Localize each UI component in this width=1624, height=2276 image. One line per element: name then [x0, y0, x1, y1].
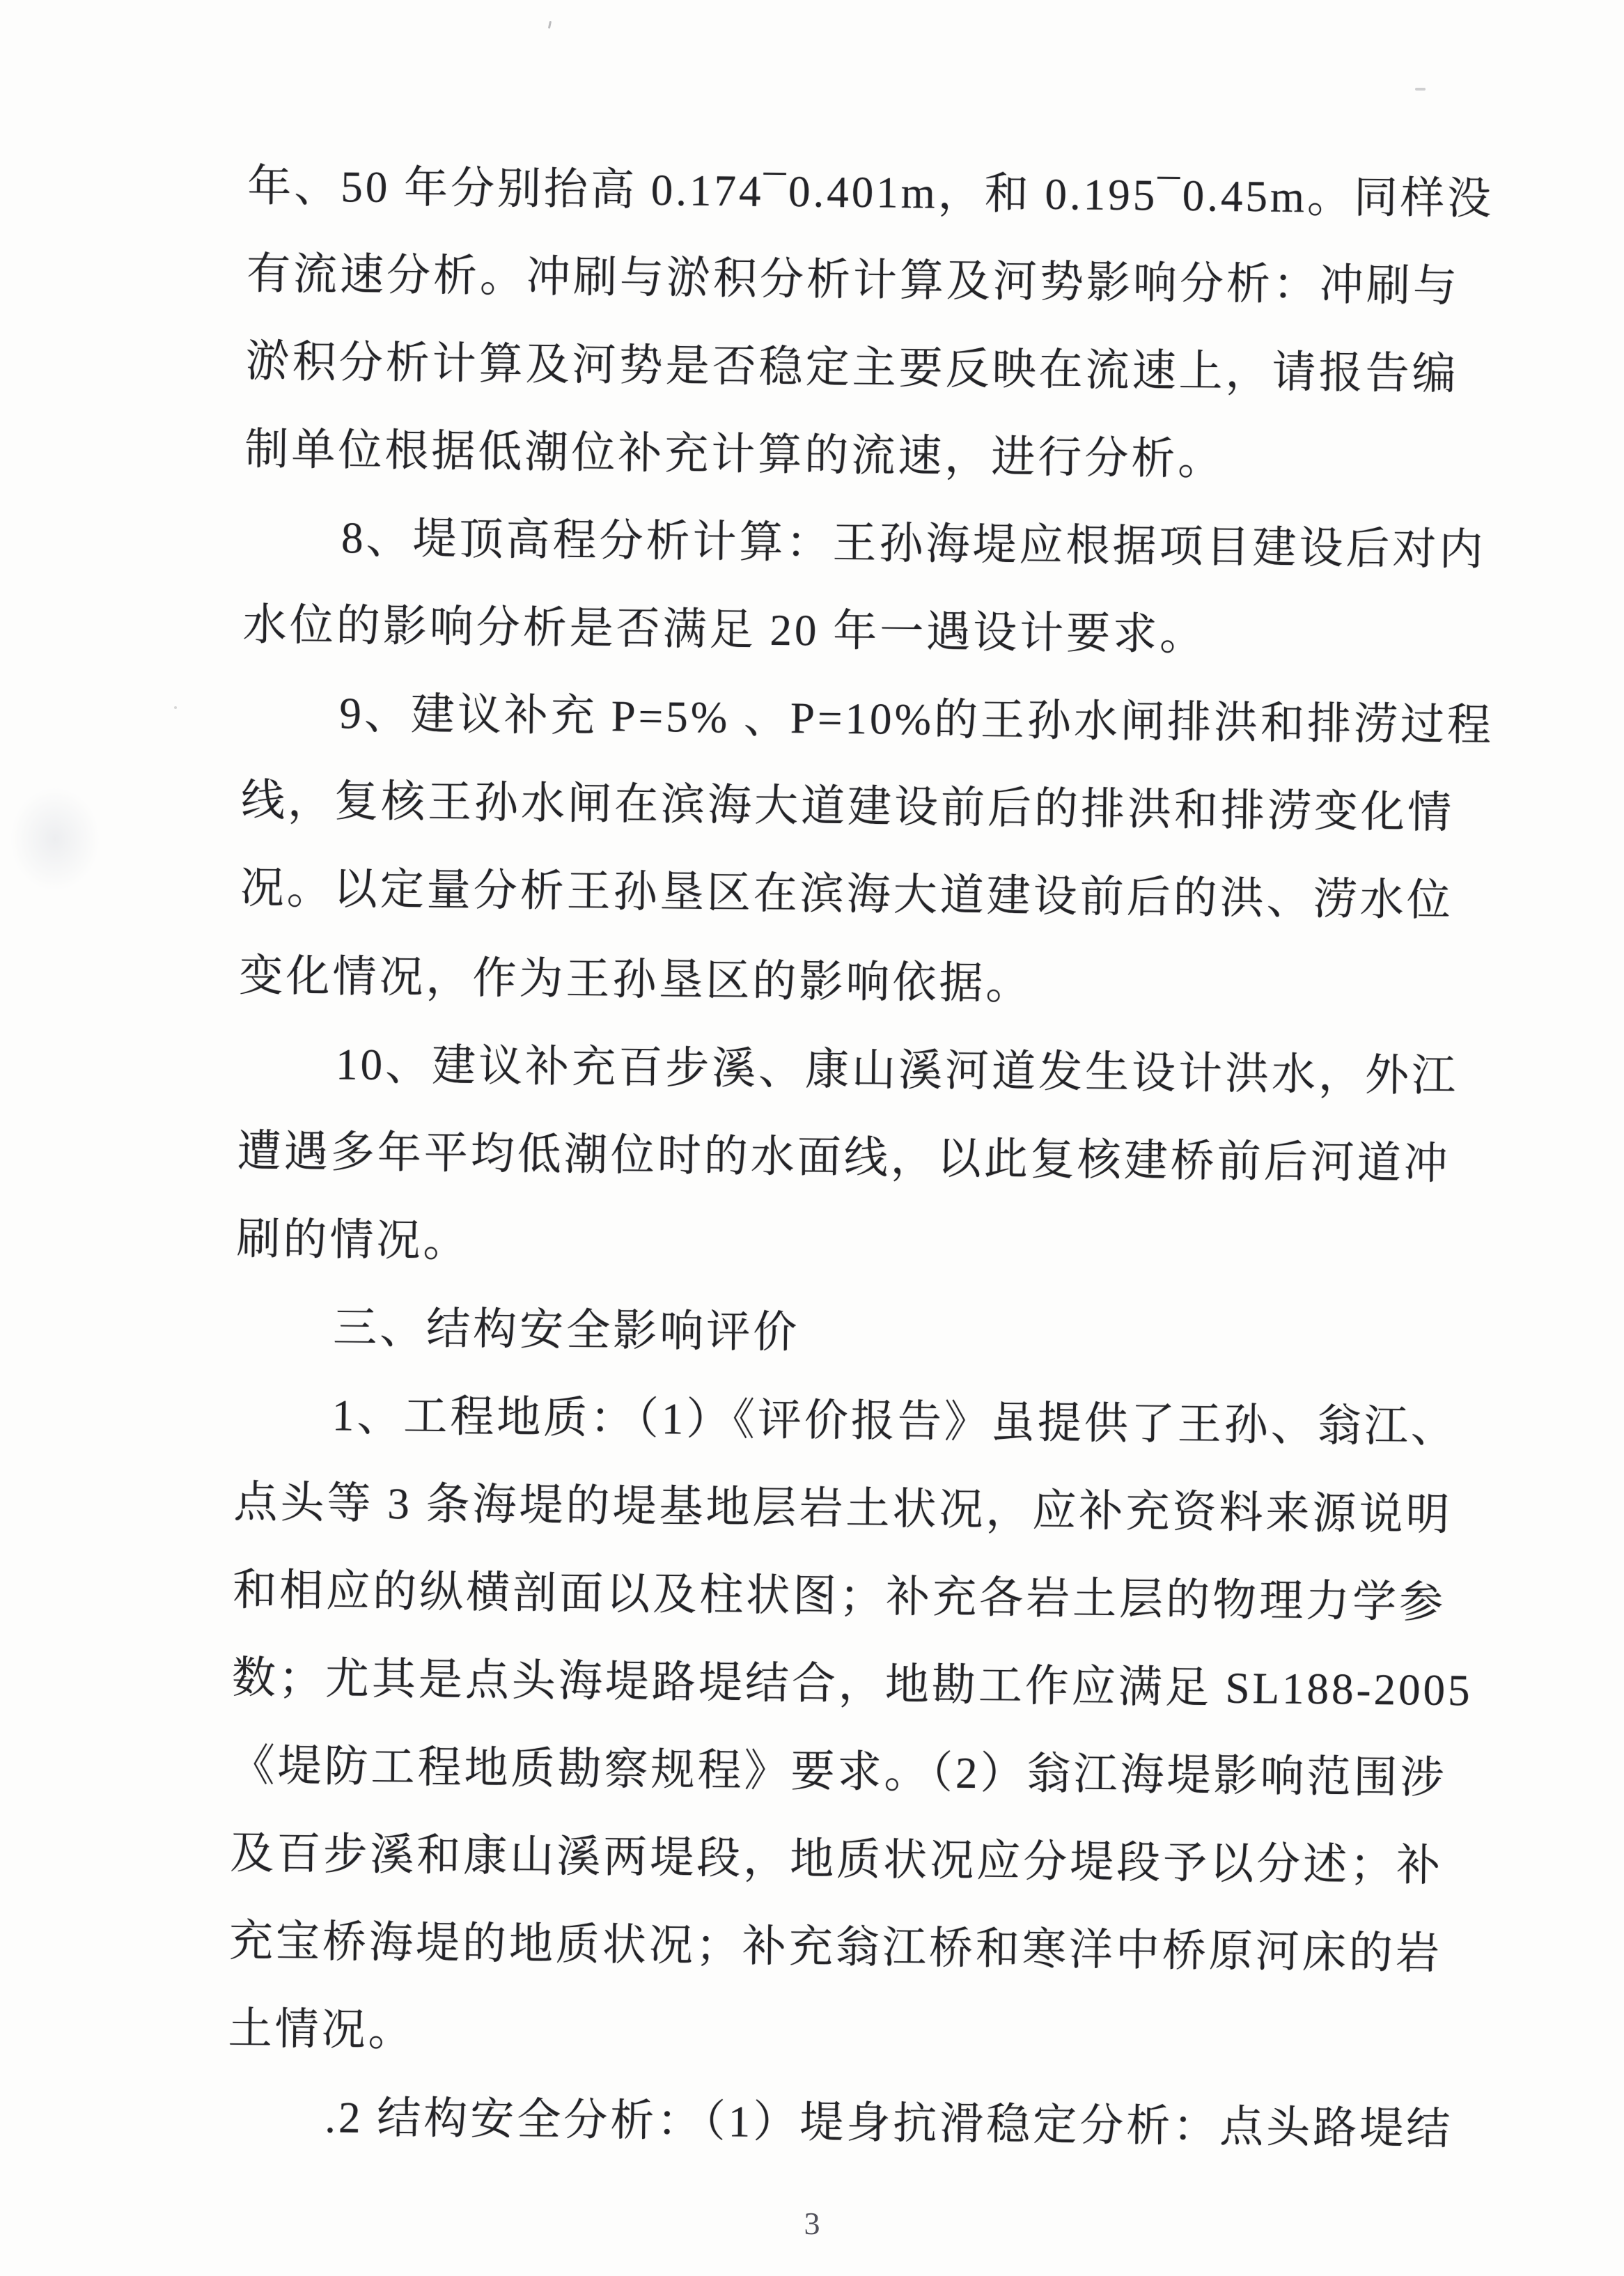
page-number: 3	[0, 2199, 1624, 2248]
text-line: 遭遇多年平均低潮位时的水面线，以此复核建桥前后河道冲	[237, 1107, 1458, 1208]
text-line: 水位的影响分析是否满足 20 年一遇设计要求。	[242, 581, 1463, 681]
text-line: 8、堤顶高程分析计算：王孙海堤应根据项目建设后对内	[243, 493, 1464, 593]
document-body: 年、50 年分别抬高 0.174¯0.401m，和 0.195¯0.45m。同样…	[227, 142, 1468, 2173]
text-line: 和相应的纵横剖面以及柱状图；补充各岩土层的物理力学参	[233, 1546, 1453, 1646]
text-line: 淤积分析计算及河势是否稳定主要反映在流速上，请报告编	[245, 318, 1466, 418]
scan-speck	[1415, 88, 1426, 91]
text-line: 刷的情况。	[236, 1195, 1457, 1295]
text-line: 况。以定量分析王孙垦区在滨海大道建设前后的洪、涝水位	[240, 844, 1460, 944]
text-line: .2 结构安全分析：（1）堤身抗滑稳定分析：点头路堤结	[227, 2073, 1448, 2173]
text-line: 1、工程地质：（1）《评价报告》虽提供了王孙、翁江、	[234, 1371, 1455, 1471]
text-line: 线，复核王孙水闸在滨海大道建设前后的排洪和排涝变化情	[240, 756, 1461, 857]
text-line: 数；尤其是点头海堤路堤结合，地勘工作应满足 SL188-2005	[231, 1634, 1452, 1734]
text-line: 变化情况，作为王孙垦区的影响依据。	[239, 932, 1460, 1032]
text-line: 有流速分析。冲刷与淤积分析计算及河势影响分析：冲刷与	[246, 230, 1467, 330]
text-line: 土情况。	[228, 1985, 1449, 2085]
text-line: 点头等 3 条海堤的堤基地层岩土状况，应补充资料来源说明	[233, 1458, 1454, 1559]
scanned-document-page: 年、50 年分别抬高 0.174¯0.401m，和 0.195¯0.45m。同样…	[0, 0, 1624, 2276]
text-line: 《堤防工程地质勘察规程》要求。（2）翁江海堤影响范围涉	[231, 1722, 1451, 1822]
section-heading: 三、结构安全影响评价	[235, 1283, 1456, 1383]
text-line: 制单位根据低潮位补充计算的流速，进行分析。	[244, 405, 1465, 506]
text-line: 9、建议补充 P=5% 、P=10%的王孙水闸排洪和排涝过程	[242, 669, 1462, 769]
text-line: 充宝桥海堤的地质状况；补充翁江桥和寒洋中桥原河床的岩	[228, 1897, 1449, 1997]
scan-speck	[548, 21, 552, 29]
text-line: 及百步溪和康山溪两堤段，地质状况应分堤段予以分述；补	[230, 1809, 1451, 1910]
text-line: 10、建议补充百步溪、康山溪河道发生设计洪水，外江	[237, 1020, 1458, 1120]
scan-speck	[174, 706, 177, 709]
text-line: 年、50 年分别抬高 0.174¯0.401m，和 0.195¯0.45m。同样…	[247, 142, 1468, 242]
scan-smudge	[10, 787, 100, 891]
